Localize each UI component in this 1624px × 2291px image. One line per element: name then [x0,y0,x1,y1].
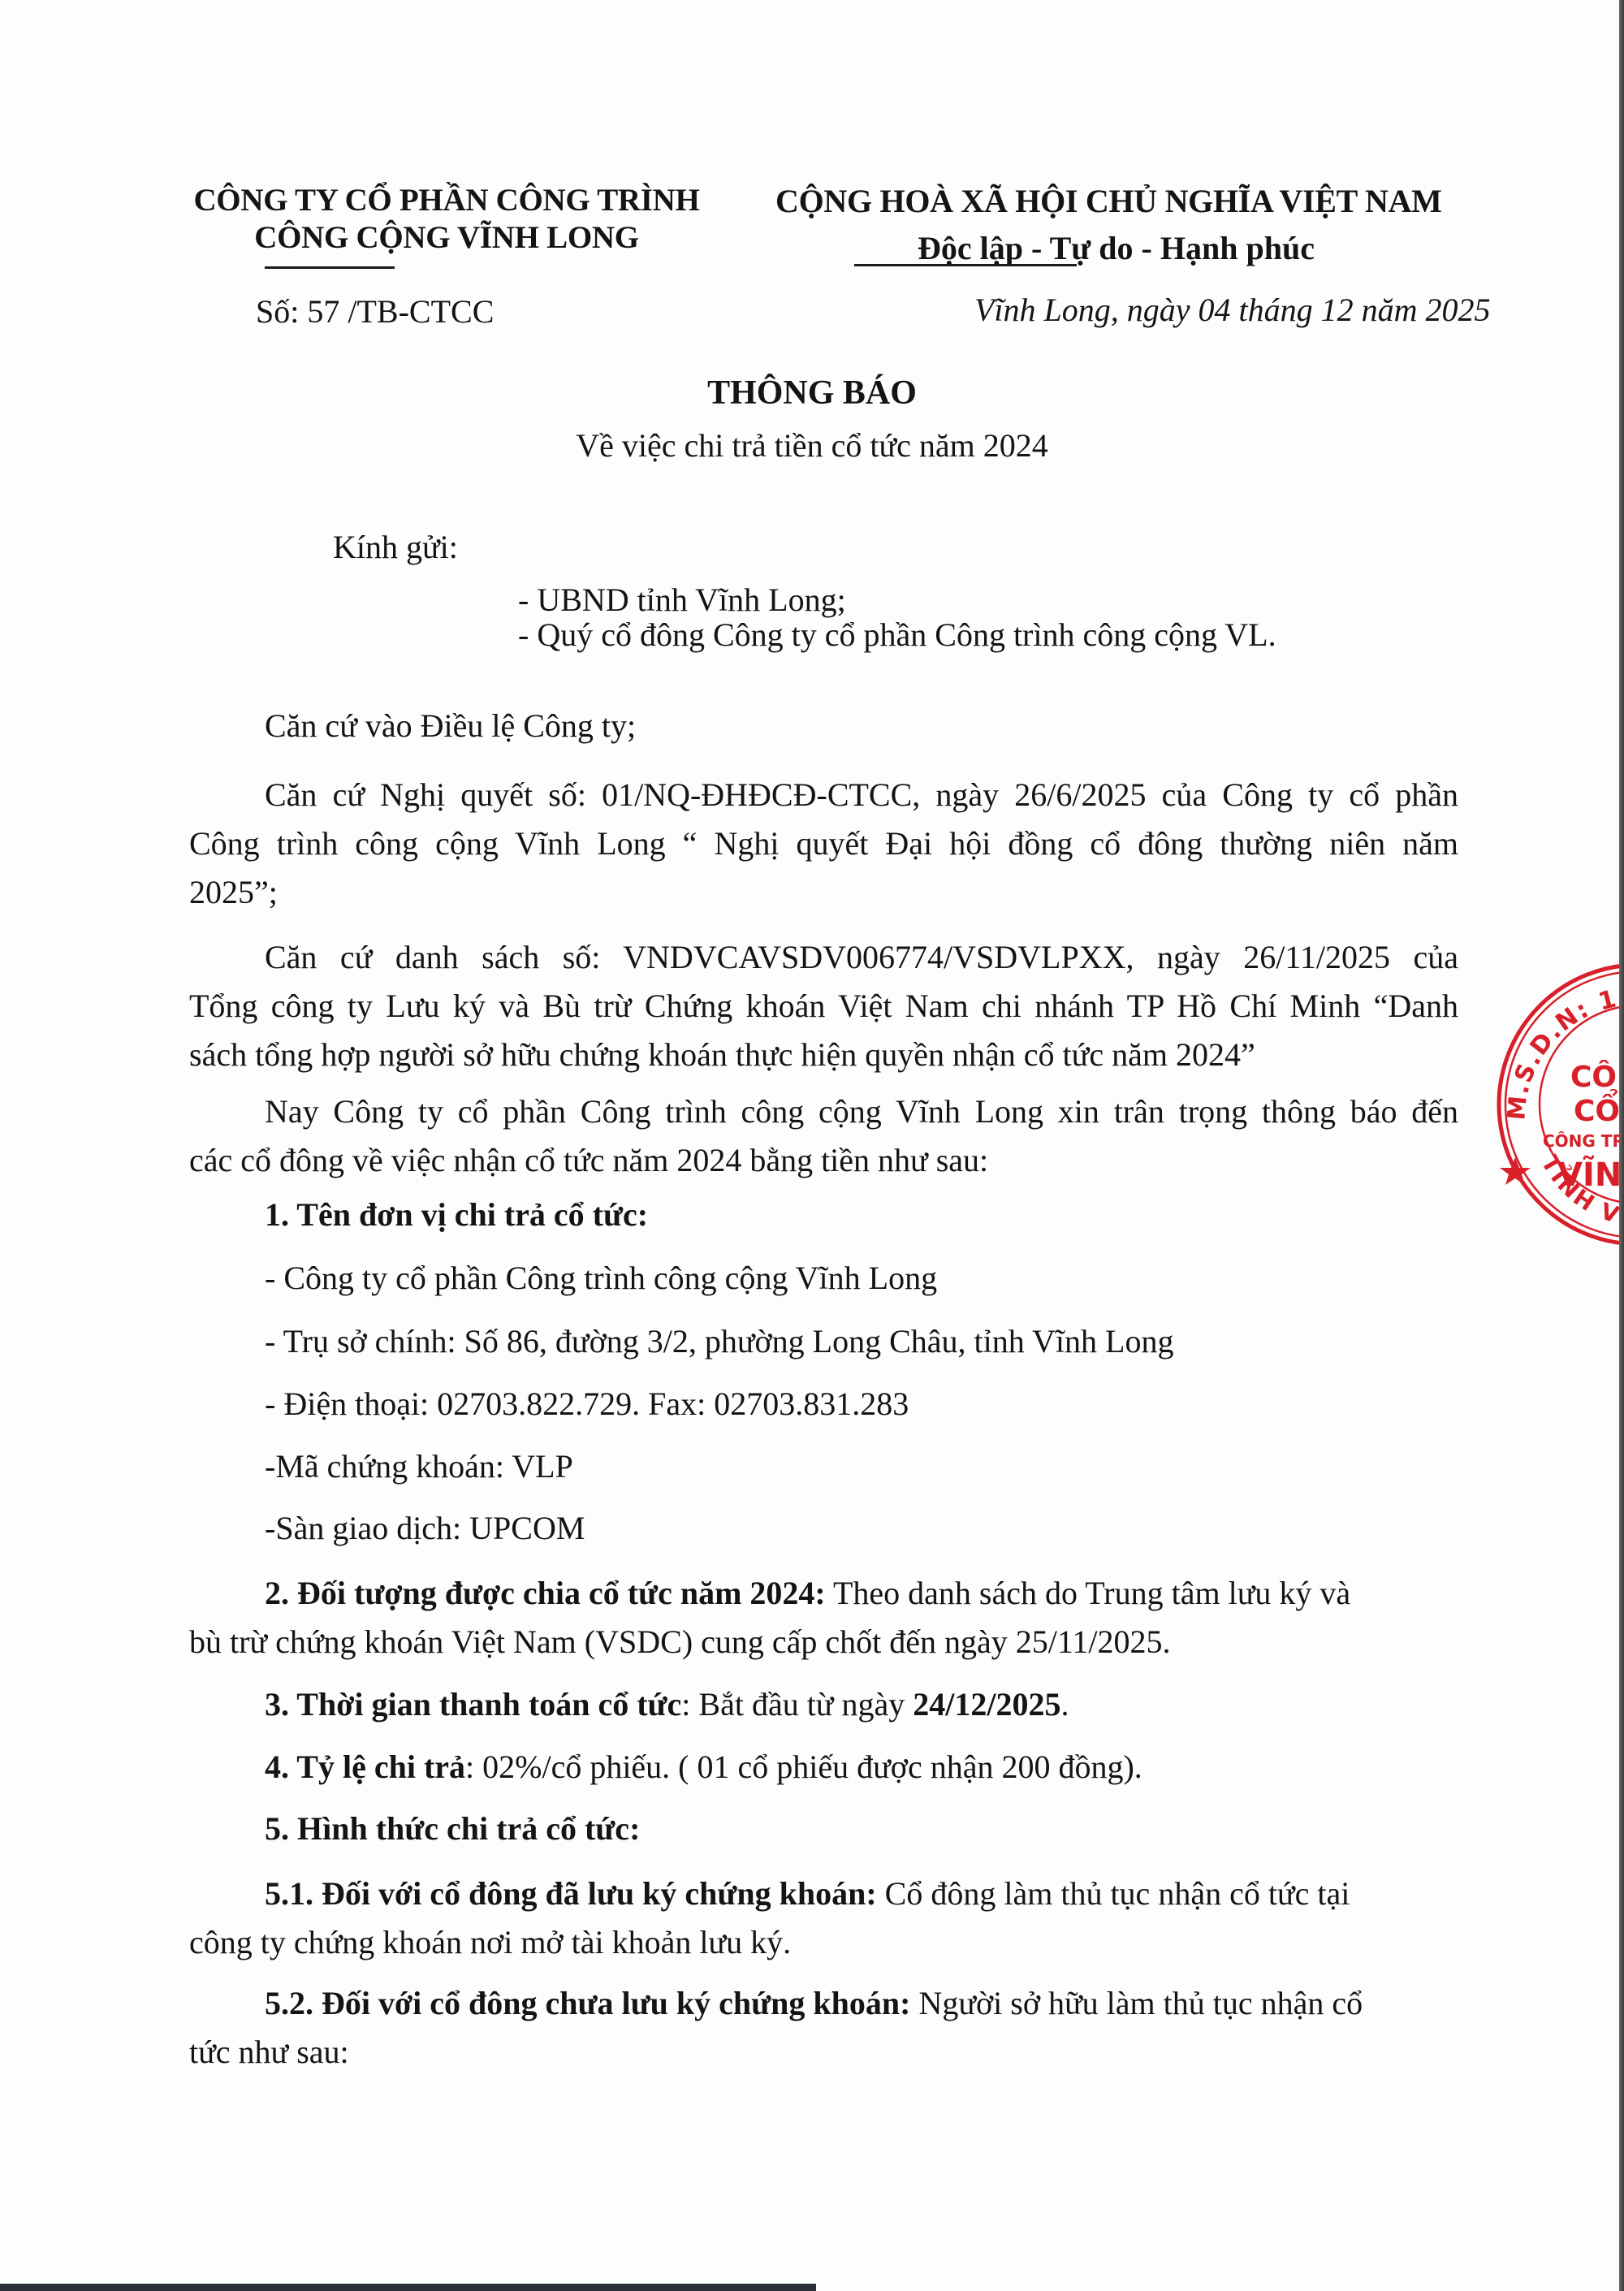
notice-title: THÔNG BÁO [0,374,1624,413]
basis-list-l1: Căn cứ danh sách số: VNDVCAVSDV006774/VS… [265,938,1458,976]
section-3-end: . [1060,1686,1069,1723]
basis-resolution-l2: Công trình công cộng Vĩnh Long “ Nghị qu… [189,824,1458,862]
section-5-1-line1: 5.1. Đối với cổ đông đã lưu ký chứng kho… [265,1874,1350,1913]
basis-charter: Căn cứ vào Điều lệ Công ty; [265,707,636,745]
stamp-line3: CÔNG TRÌNH [1543,1131,1624,1151]
announcement-l2: các cổ đông về việc nhận cổ tức năm 2024… [189,1141,988,1179]
section-1-item: -Mã chứng khoán: VLP [265,1447,573,1485]
stamp-star-icon [1500,1157,1531,1185]
section-2-line1: 2. Đối tượng được chia cổ tức năm 2024: … [265,1574,1350,1612]
section-3-text: : Bắt đầu từ ngày [681,1686,913,1723]
payment-date: 24/12/2025 [913,1686,1060,1723]
announcement-l1: Nay Công ty cổ phần Công trình công cộng… [265,1092,1458,1130]
header-left-underline [265,266,395,269]
place-and-date: Vĩnh Long, ngày 04 tháng 12 năm 2025 [974,291,1491,329]
stamp-line1: CÔN [1570,1060,1624,1094]
national-motto: Độc lập - Tự do - Hạnh phúc [918,229,1315,267]
section-5-2-heading: 5.2. Đối với cổ đông chưa lưu ký chứng k… [265,1985,910,2021]
stamp-line4: VĨNH [1557,1155,1624,1194]
company-name-line1: CÔNG TY CỔ PHẦN CÔNG TRÌNH [154,182,739,218]
section-1-heading: 1. Tên đơn vị chi trả cổ tức: [265,1195,648,1234]
section-3-line: 3. Thời gian thanh toán cổ tức: Bắt đầu … [265,1685,1069,1723]
company-name-line2: CÔNG CỘNG VĨNH LONG [154,219,739,256]
company-seal-stamp: M.S.D.N: 15001 TỈNH VĨN CÔN CỔ P CÔNG TR… [1492,958,1624,1251]
section-5-2-line2: tức như sau: [189,2033,349,2071]
section-5-1-text: Cổ đông làm thủ tục nhận cổ tức tại [877,1875,1350,1912]
basis-list-l2: Tổng công ty Lưu ký và Bù trừ Chứng khoá… [189,987,1458,1025]
section-1-item: -Sàn giao dịch: UPCOM [265,1509,585,1547]
section-5-2-line1: 5.2. Đối với cổ đông chưa lưu ký chứng k… [265,1984,1363,2022]
section-2-text: Theo danh sách do Trung tâm lưu ký và [826,1575,1350,1611]
section-1-item: - Điện thoại: 02703.822.729. Fax: 02703.… [265,1385,909,1423]
section-5-1-line2: công ty chứng khoán nơi mở tài khoản lưu… [189,1923,791,1961]
basis-resolution-l3: 2025”; [189,873,278,911]
scan-bottom-shadow [0,2284,816,2291]
section-5-1-heading: 5.1. Đối với cổ đông đã lưu ký chứng kho… [265,1875,877,1912]
scan-page-edge [1619,0,1624,2291]
section-5-2-text: Người sở hữu làm thủ tục nhận cổ [910,1985,1363,2021]
section-2-heading: 2. Đối tượng được chia cổ tức năm 2024: [265,1575,826,1611]
stamp-line2: CỔ P [1574,1089,1624,1128]
section-4-text: : 02%/cổ phiếu. ( 01 cổ phiếu được nhận … [465,1749,1142,1785]
section-5-heading: 5. Hình thức chi trả cổ tức: [265,1809,640,1848]
section-4-heading: 4. Tỷ lệ chi trả [265,1749,465,1785]
basis-resolution-l1: Căn cứ Nghị quyết số: 01/NQ-ĐHĐCĐ-CTCC, … [265,776,1458,814]
section-4-line: 4. Tỷ lệ chi trả: 02%/cổ phiếu. ( 01 cổ … [265,1748,1142,1786]
recipient-item: - Quý cổ đông Công ty cổ phần Công trình… [518,616,1276,654]
recipients-label: Kính gửi: [333,528,458,566]
recipient-item: - UBND tỉnh Vĩnh Long; [518,581,846,619]
document-number: Số: 57 /TB-CTCC [256,292,494,331]
header-right-underline [854,264,1077,266]
nation-title: CỘNG HOÀ XÃ HỘI CHỦ NGHĨA VIỆT NAM [775,182,1442,220]
section-1-item: - Công ty cổ phần Công trình công cộng V… [265,1259,937,1297]
section-3-heading: 3. Thời gian thanh toán cổ tức [265,1686,681,1723]
section-2-line2: bù trừ chứng khoán Việt Nam (VSDC) cung … [189,1623,1171,1661]
notice-subject: Về việc chi trả tiền cổ tức năm 2024 [0,426,1624,465]
section-1-item: - Trụ sở chính: Số 86, đường 3/2, phường… [265,1322,1173,1360]
basis-list-l3: sách tổng hợp người sở hữu chứng khoán t… [189,1035,1255,1074]
